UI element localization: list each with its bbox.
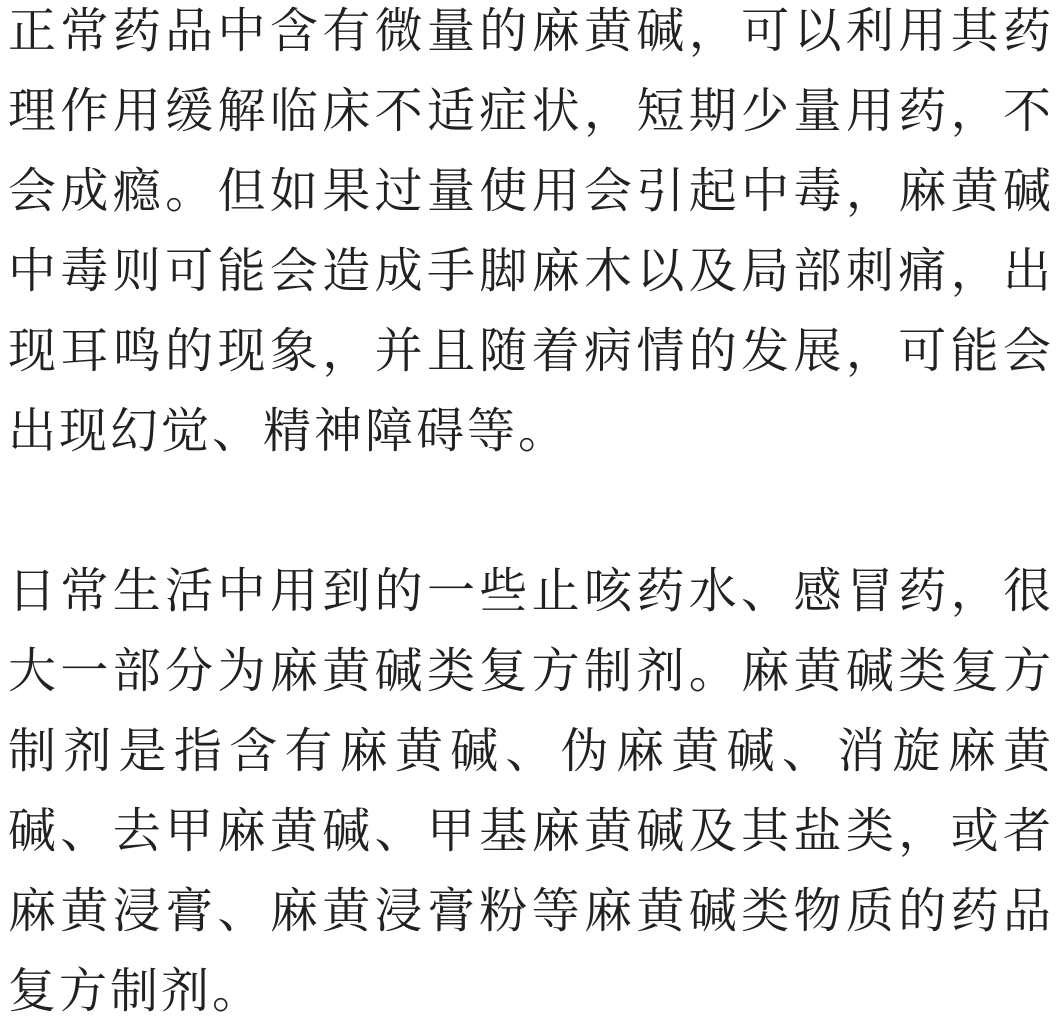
text-line: 大一部分为麻黄碱类复方制剂。麻黄碱类复方 xyxy=(8,632,1051,712)
text-line: 中毒则可能会造成手脚麻木以及局部刺痛，出 xyxy=(8,232,1051,312)
text-line: 麻黄浸膏、麻黄浸膏粉等麻黄碱类物质的药品 xyxy=(8,872,1051,952)
text-line: 正常药品中含有微量的麻黄碱，可以利用其药 xyxy=(8,0,1051,72)
text-line: 会成瘾。但如果过量使用会引起中毒，麻黄碱 xyxy=(8,152,1051,232)
text-line: 出现幻觉、精神障碍等。 xyxy=(8,392,1051,472)
paragraph-compound-preparations: 日常生活中用到的一些止咳药水、感冒药，很 大一部分为麻黄碱类复方制剂。麻黄碱类复… xyxy=(8,552,1051,1025)
text-line: 现耳鸣的现象，并且随着病情的发展，可能会 xyxy=(8,312,1051,392)
text-line: 制剂是指含有麻黄碱、伪麻黄碱、消旋麻黄 xyxy=(8,712,1051,792)
text-line: 日常生活中用到的一些止咳药水、感冒药，很 xyxy=(8,552,1051,632)
text-line: 理作用缓解临床不适症状，短期少量用药，不 xyxy=(8,72,1051,152)
article-body: 正常药品中含有微量的麻黄碱，可以利用其药 理作用缓解临床不适症状，短期少量用药，… xyxy=(0,0,1059,1025)
paragraph-ephedrine-toxicity: 正常药品中含有微量的麻黄碱，可以利用其药 理作用缓解临床不适症状，短期少量用药，… xyxy=(8,0,1051,472)
text-line: 碱、去甲麻黄碱、甲基麻黄碱及其盐类，或者 xyxy=(8,792,1051,872)
text-line: 复方制剂。 xyxy=(8,952,1051,1025)
